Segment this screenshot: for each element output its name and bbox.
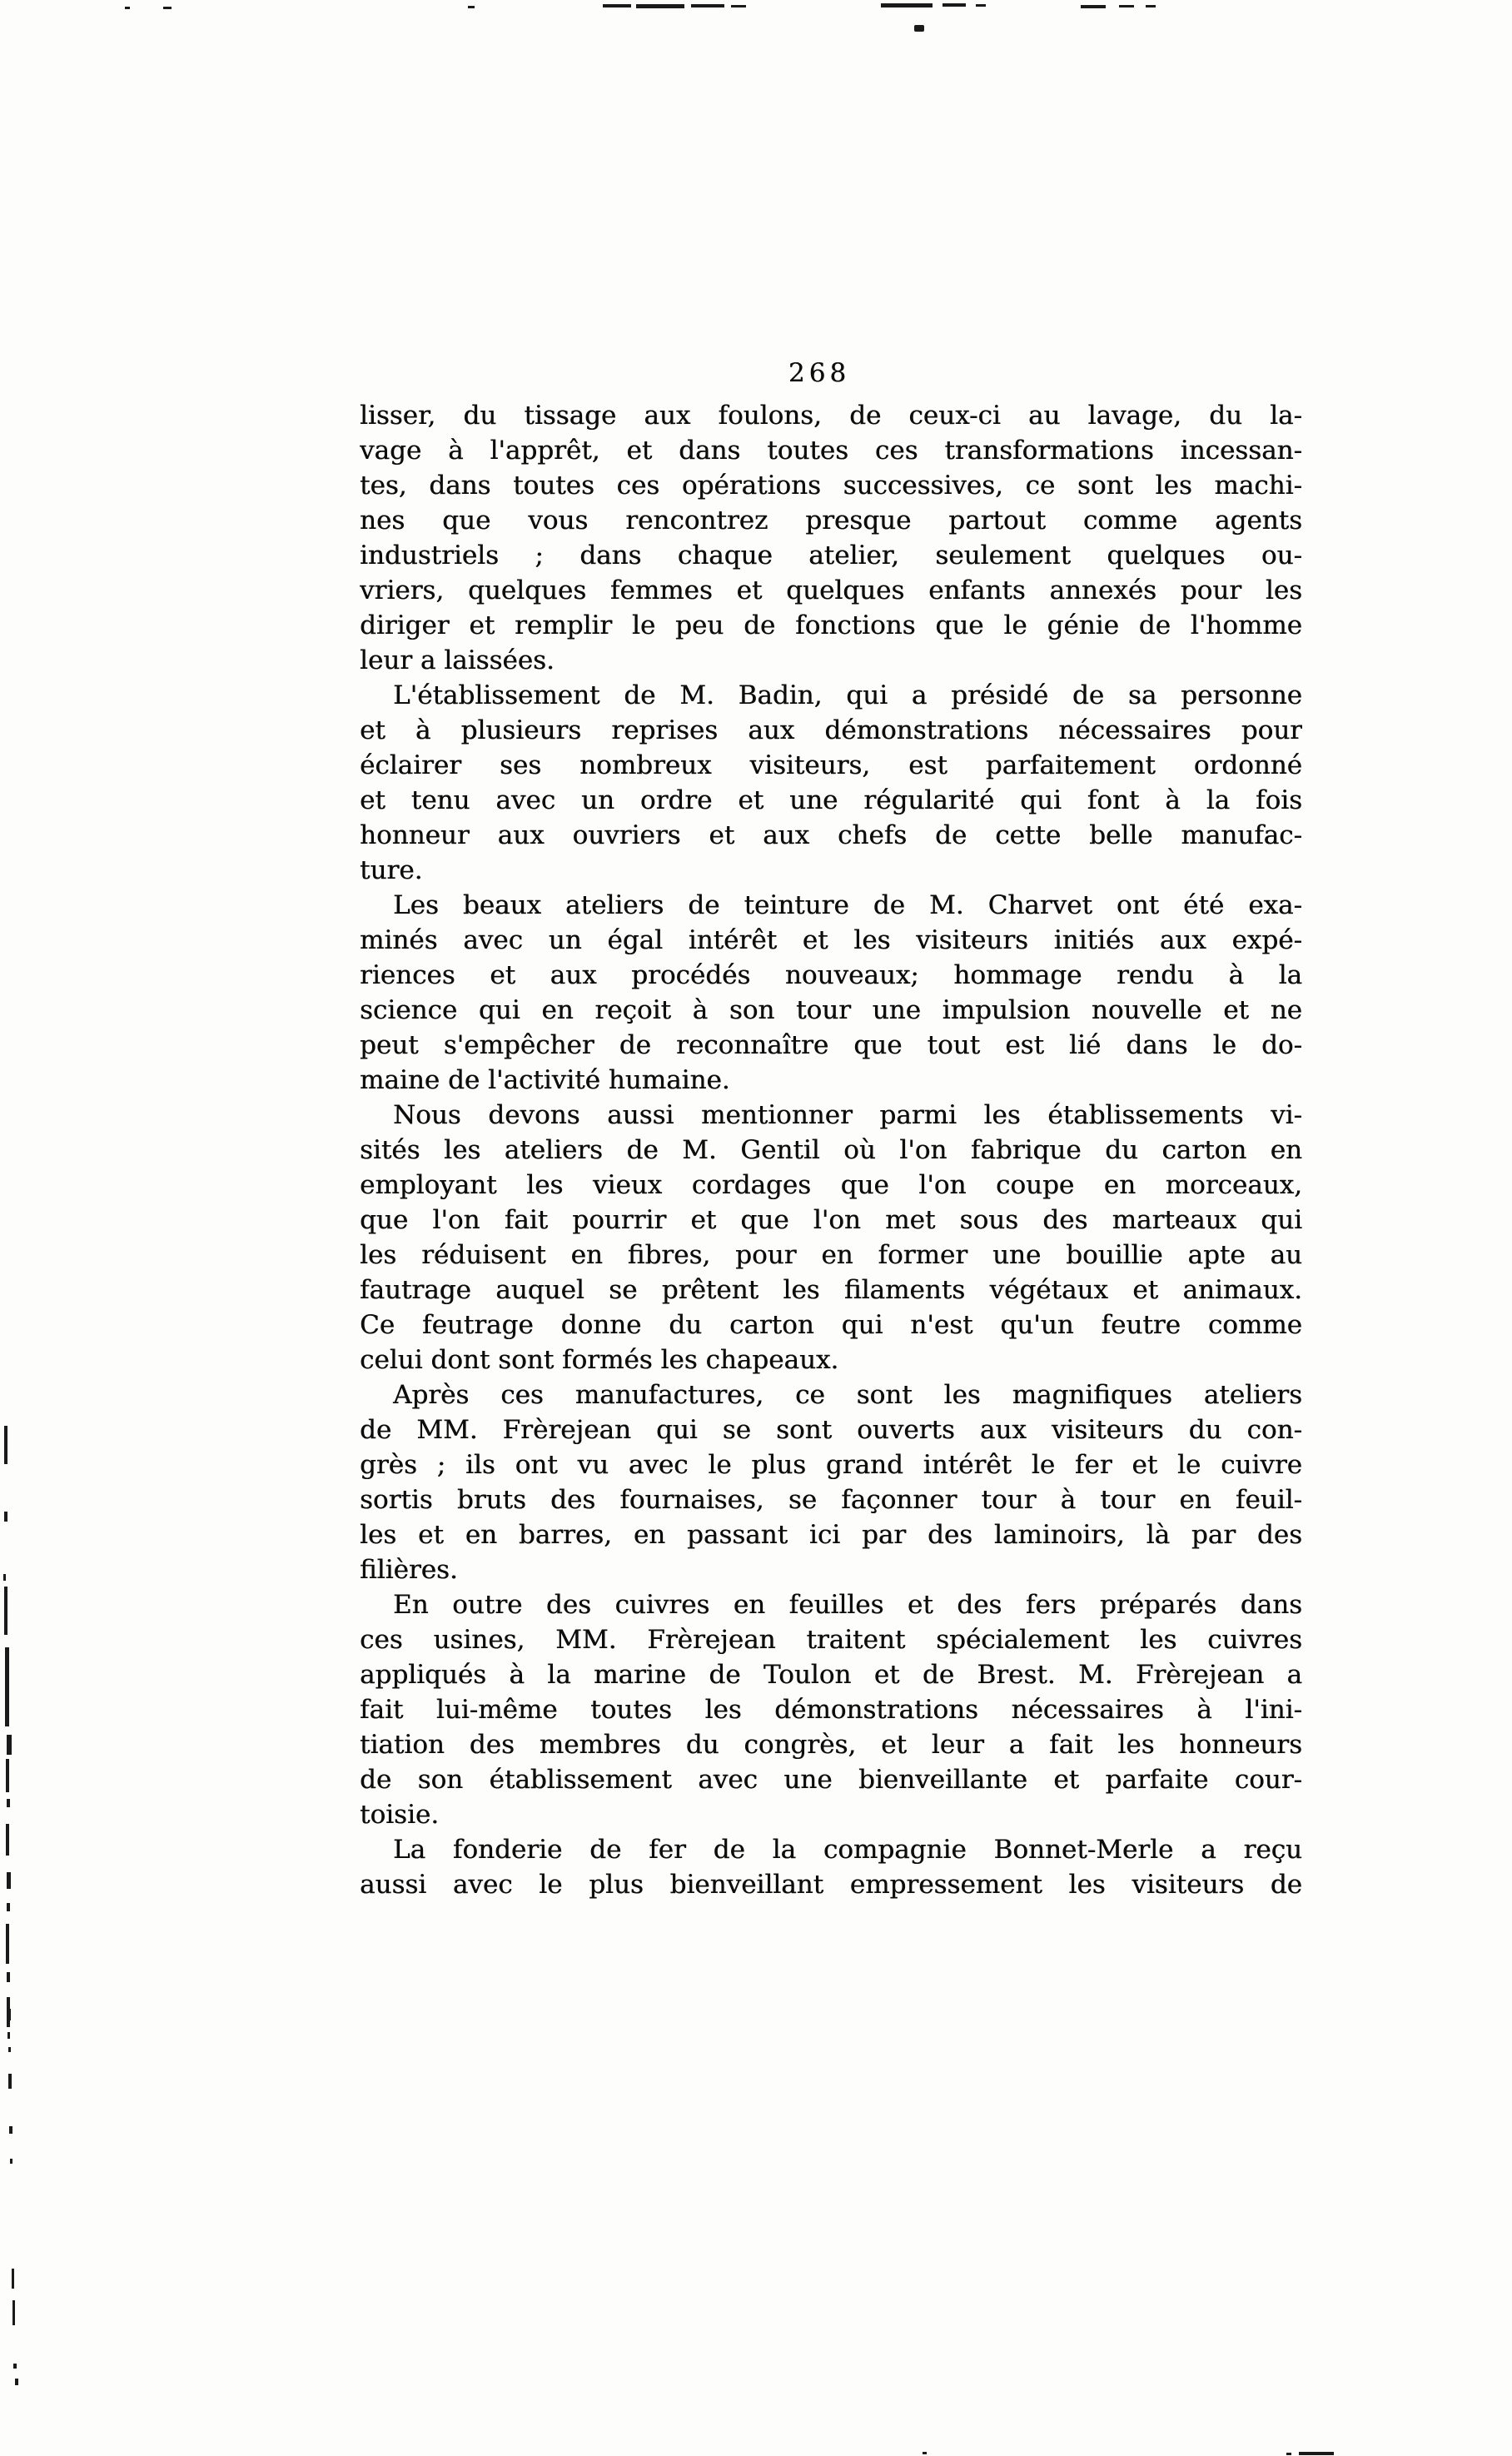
text-line: tiation des membres du congrès, et leur … xyxy=(360,1727,1302,1762)
paragraph: Les beaux ateliers de teinture de M. Cha… xyxy=(360,888,1302,1098)
scan-artifact xyxy=(8,2047,11,2052)
text-line: Nous devons aussi mentionner parmi les é… xyxy=(360,1098,1302,1133)
text-line: les et en barres, en passant ici par des… xyxy=(360,1517,1302,1552)
scan-artifact xyxy=(1286,2453,1291,2455)
scan-artifact xyxy=(881,3,933,7)
text-line: nes que vous rencontrez presque partout … xyxy=(360,503,1302,538)
paragraph: La fonderie de fer de la compagnie Bonne… xyxy=(360,1832,1302,1902)
scan-artifact xyxy=(7,2032,10,2039)
text-line: aussi avec le plus bienveillant empresse… xyxy=(360,1867,1302,1902)
text-line: éclairer ses nombreux visiteurs, est par… xyxy=(360,748,1302,783)
text-line: celui dont sont formés les chapeaux. xyxy=(360,1343,1302,1377)
scan-artifact xyxy=(923,2452,927,2454)
text-line: ces usines, MM. Frèrejean traitent spéci… xyxy=(360,1622,1302,1657)
scan-artifact xyxy=(6,1824,9,1856)
text-line: les réduisent en fibres, pour en former … xyxy=(360,1238,1302,1273)
scan-artifact xyxy=(8,2074,12,2089)
text-line: diriger et remplir le peu de fonctions q… xyxy=(360,608,1302,643)
book-page: 268 lisser, du tissage aux foulons, de c… xyxy=(0,0,1512,2456)
scan-artifact xyxy=(12,2269,14,2289)
paragraph: L'établissement de M. Badin, qui a prési… xyxy=(360,678,1302,888)
scan-artifact xyxy=(7,1735,12,1755)
text-line: fait lui-même toutes les démonstrations … xyxy=(360,1692,1302,1727)
text-line: ture. xyxy=(360,853,1302,888)
scan-artifact xyxy=(163,7,172,9)
text-line: vriers, quelques femmes et quelques enfa… xyxy=(360,573,1302,608)
text-line: Après ces manufactures, ce sont les magn… xyxy=(360,1377,1302,1412)
text-line: L'établissement de M. Badin, qui a prési… xyxy=(360,678,1302,713)
scan-artifact xyxy=(15,2379,18,2385)
scan-artifact xyxy=(9,2126,12,2134)
scan-artifact xyxy=(13,2364,17,2369)
text-line: sortis bruts des fournaises, se façonner… xyxy=(360,1482,1302,1517)
text-line: grès ; ils ont vu avec le plus grand int… xyxy=(360,1447,1302,1482)
text-line: Ce feutrage donne du carton qui n'est qu… xyxy=(360,1308,1302,1343)
paragraph: Nous devons aussi mentionner parmi les é… xyxy=(360,1098,1302,1377)
scan-artifact xyxy=(5,1647,9,1726)
text-line: de MM. Frèrejean qui se sont ouverts aux… xyxy=(360,1412,1302,1447)
scan-artifact xyxy=(3,1574,6,1581)
text-line: et à plusieurs reprises aux démonstratio… xyxy=(360,713,1302,748)
text-line: riences et aux procédés nouveaux; hommag… xyxy=(360,958,1302,993)
text-line: peut s'empêcher de reconnaître que tout … xyxy=(360,1028,1302,1063)
text-line: leur a laissées. xyxy=(360,643,1302,678)
scan-artifact xyxy=(6,1759,9,1792)
scan-artifact xyxy=(1081,5,1106,8)
scan-artifact xyxy=(4,1587,7,1635)
text-line: Les beaux ateliers de teinture de M. Cha… xyxy=(360,888,1302,923)
scan-artifact xyxy=(468,6,475,8)
paragraph: En outre des cuivres en feuilles et des … xyxy=(360,1587,1302,1832)
scan-artifact xyxy=(603,4,631,7)
text-line: science qui en reçoit à son tour une imp… xyxy=(360,993,1302,1028)
scan-artifact xyxy=(7,2009,11,2020)
text-block: lisser, du tissage aux foulons, de ceux-… xyxy=(360,398,1302,1902)
scan-artifact xyxy=(943,3,966,7)
text-line: sités les ateliers de M. Gentil où l'on … xyxy=(360,1133,1302,1168)
scan-artifact xyxy=(12,2300,15,2325)
text-line: industriels ; dans chaque atelier, seule… xyxy=(360,538,1302,573)
paragraph: lisser, du tissage aux foulons, de ceux-… xyxy=(360,398,1302,678)
text-line: tes, dans toutes ces opérations successi… xyxy=(360,468,1302,503)
text-line: toisie. xyxy=(360,1797,1302,1832)
text-line: employant les vieux cordages que l'on co… xyxy=(360,1168,1302,1203)
page-number: 268 xyxy=(358,358,1281,388)
text-line: de son établissement avec une bienveilla… xyxy=(360,1762,1302,1797)
scan-artifact xyxy=(6,1924,9,1964)
text-line: que l'on fait pourrir et que l'on met so… xyxy=(360,1203,1302,1238)
text-line: appliqués à la marine de Toulon et de Br… xyxy=(360,1657,1302,1692)
text-line: lisser, du tissage aux foulons, de ceux-… xyxy=(360,398,1302,433)
scan-artifact xyxy=(7,1903,10,1911)
scan-artifact xyxy=(1299,2452,1334,2455)
scan-artifact xyxy=(1146,5,1156,7)
text-line: honneur aux ouvriers et aux chefs de cet… xyxy=(360,818,1302,853)
scan-artifact xyxy=(691,4,724,7)
scan-artifact xyxy=(10,2159,12,2164)
text-line: maine de l'activité humaine. xyxy=(360,1063,1302,1098)
scan-artifact xyxy=(4,1512,7,1522)
text-line: minés avec un égal intérêt et les visite… xyxy=(360,923,1302,958)
scan-artifact xyxy=(7,1799,10,1807)
text-line: vage à l'apprêt, et dans toutes ces tran… xyxy=(360,433,1302,468)
text-line: La fonderie de fer de la compagnie Bonne… xyxy=(360,1832,1302,1867)
scan-artifact xyxy=(1119,5,1134,7)
scan-artifact xyxy=(7,1872,11,1889)
scan-artifact xyxy=(7,1972,10,1982)
text-line: et tenu avec un ordre et une régularité … xyxy=(360,783,1302,818)
scan-artifact xyxy=(914,25,924,32)
text-line: En outre des cuivres en feuilles et des … xyxy=(360,1587,1302,1622)
scan-artifact xyxy=(636,4,684,8)
text-line: fautrage auquel se prêtent les filaments… xyxy=(360,1273,1302,1308)
scan-artifact xyxy=(4,1426,7,1464)
scan-artifact xyxy=(731,5,746,7)
scan-artifact xyxy=(125,7,130,9)
text-line: filières. xyxy=(360,1552,1302,1587)
scan-artifact xyxy=(976,4,986,7)
paragraph: Après ces manufactures, ce sont les magn… xyxy=(360,1377,1302,1587)
